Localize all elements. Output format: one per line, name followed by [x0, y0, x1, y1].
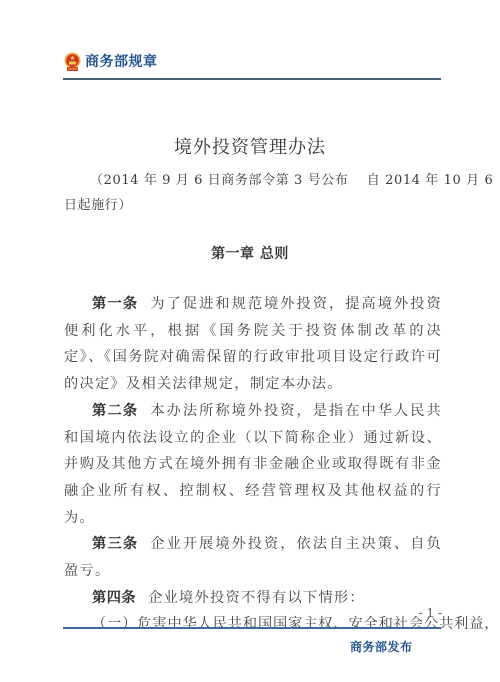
article-label: 第三条 — [92, 536, 138, 552]
article-4: 第四条企业境外投资不得有以下情形： — [64, 585, 442, 612]
chapter-title: 第一章 总则 — [0, 244, 500, 264]
article-3: 第三条企业开展境外投资，依法自主决策、自负盈亏。 — [64, 531, 442, 584]
page-number: - 1 - — [408, 605, 442, 621]
document-page: 商务部规章 境外投资管理办法 （2014 年 9 月 6 日商务部令第 3 号公… — [0, 0, 500, 682]
document-subtitle: （2014 年 9 月 6 日商务部令第 3 号公布 自 2014 年 10 月… — [64, 168, 444, 218]
page-header: 商务部规章 — [63, 50, 441, 80]
national-emblem-icon — [64, 52, 81, 72]
article-2: 第二条本办法所称境外投资，是指在中华人民共和国境内依法设立的企业（以下简称企业）… — [64, 398, 442, 532]
subtitle-line-2: 日起施行） — [64, 193, 444, 218]
subtitle-line-1: （2014 年 9 月 6 日商务部令第 3 号公布 自 2014 年 10 月… — [64, 168, 444, 193]
article-1: 第一条为了促进和规范境外投资，提高境外投资便利化水平，根据《国务院关于投资体制改… — [64, 291, 442, 398]
document-body: 第一条为了促进和规范境外投资，提高境外投资便利化水平，根据《国务院关于投资体制改… — [64, 291, 442, 638]
article-text: 企业境外投资不得有以下情形： — [148, 590, 365, 606]
article-label: 第四条 — [92, 590, 136, 606]
list-item: （一）危害中华人民共和国国家主权、安全和社会公共利益， — [64, 611, 442, 638]
article-text: 本办法所称境外投资，是指在中华人民共和国境内依法设立的企业（以下简称企业）通过新… — [64, 403, 442, 526]
article-label: 第二条 — [92, 403, 138, 419]
footer-publisher: 商务部发布 — [350, 639, 413, 655]
footer-divider — [63, 627, 441, 629]
header-divider — [63, 78, 441, 80]
header-title: 商务部规章 — [85, 53, 158, 71]
document-title: 境外投资管理办法 — [0, 136, 500, 160]
article-label: 第一条 — [92, 296, 138, 312]
